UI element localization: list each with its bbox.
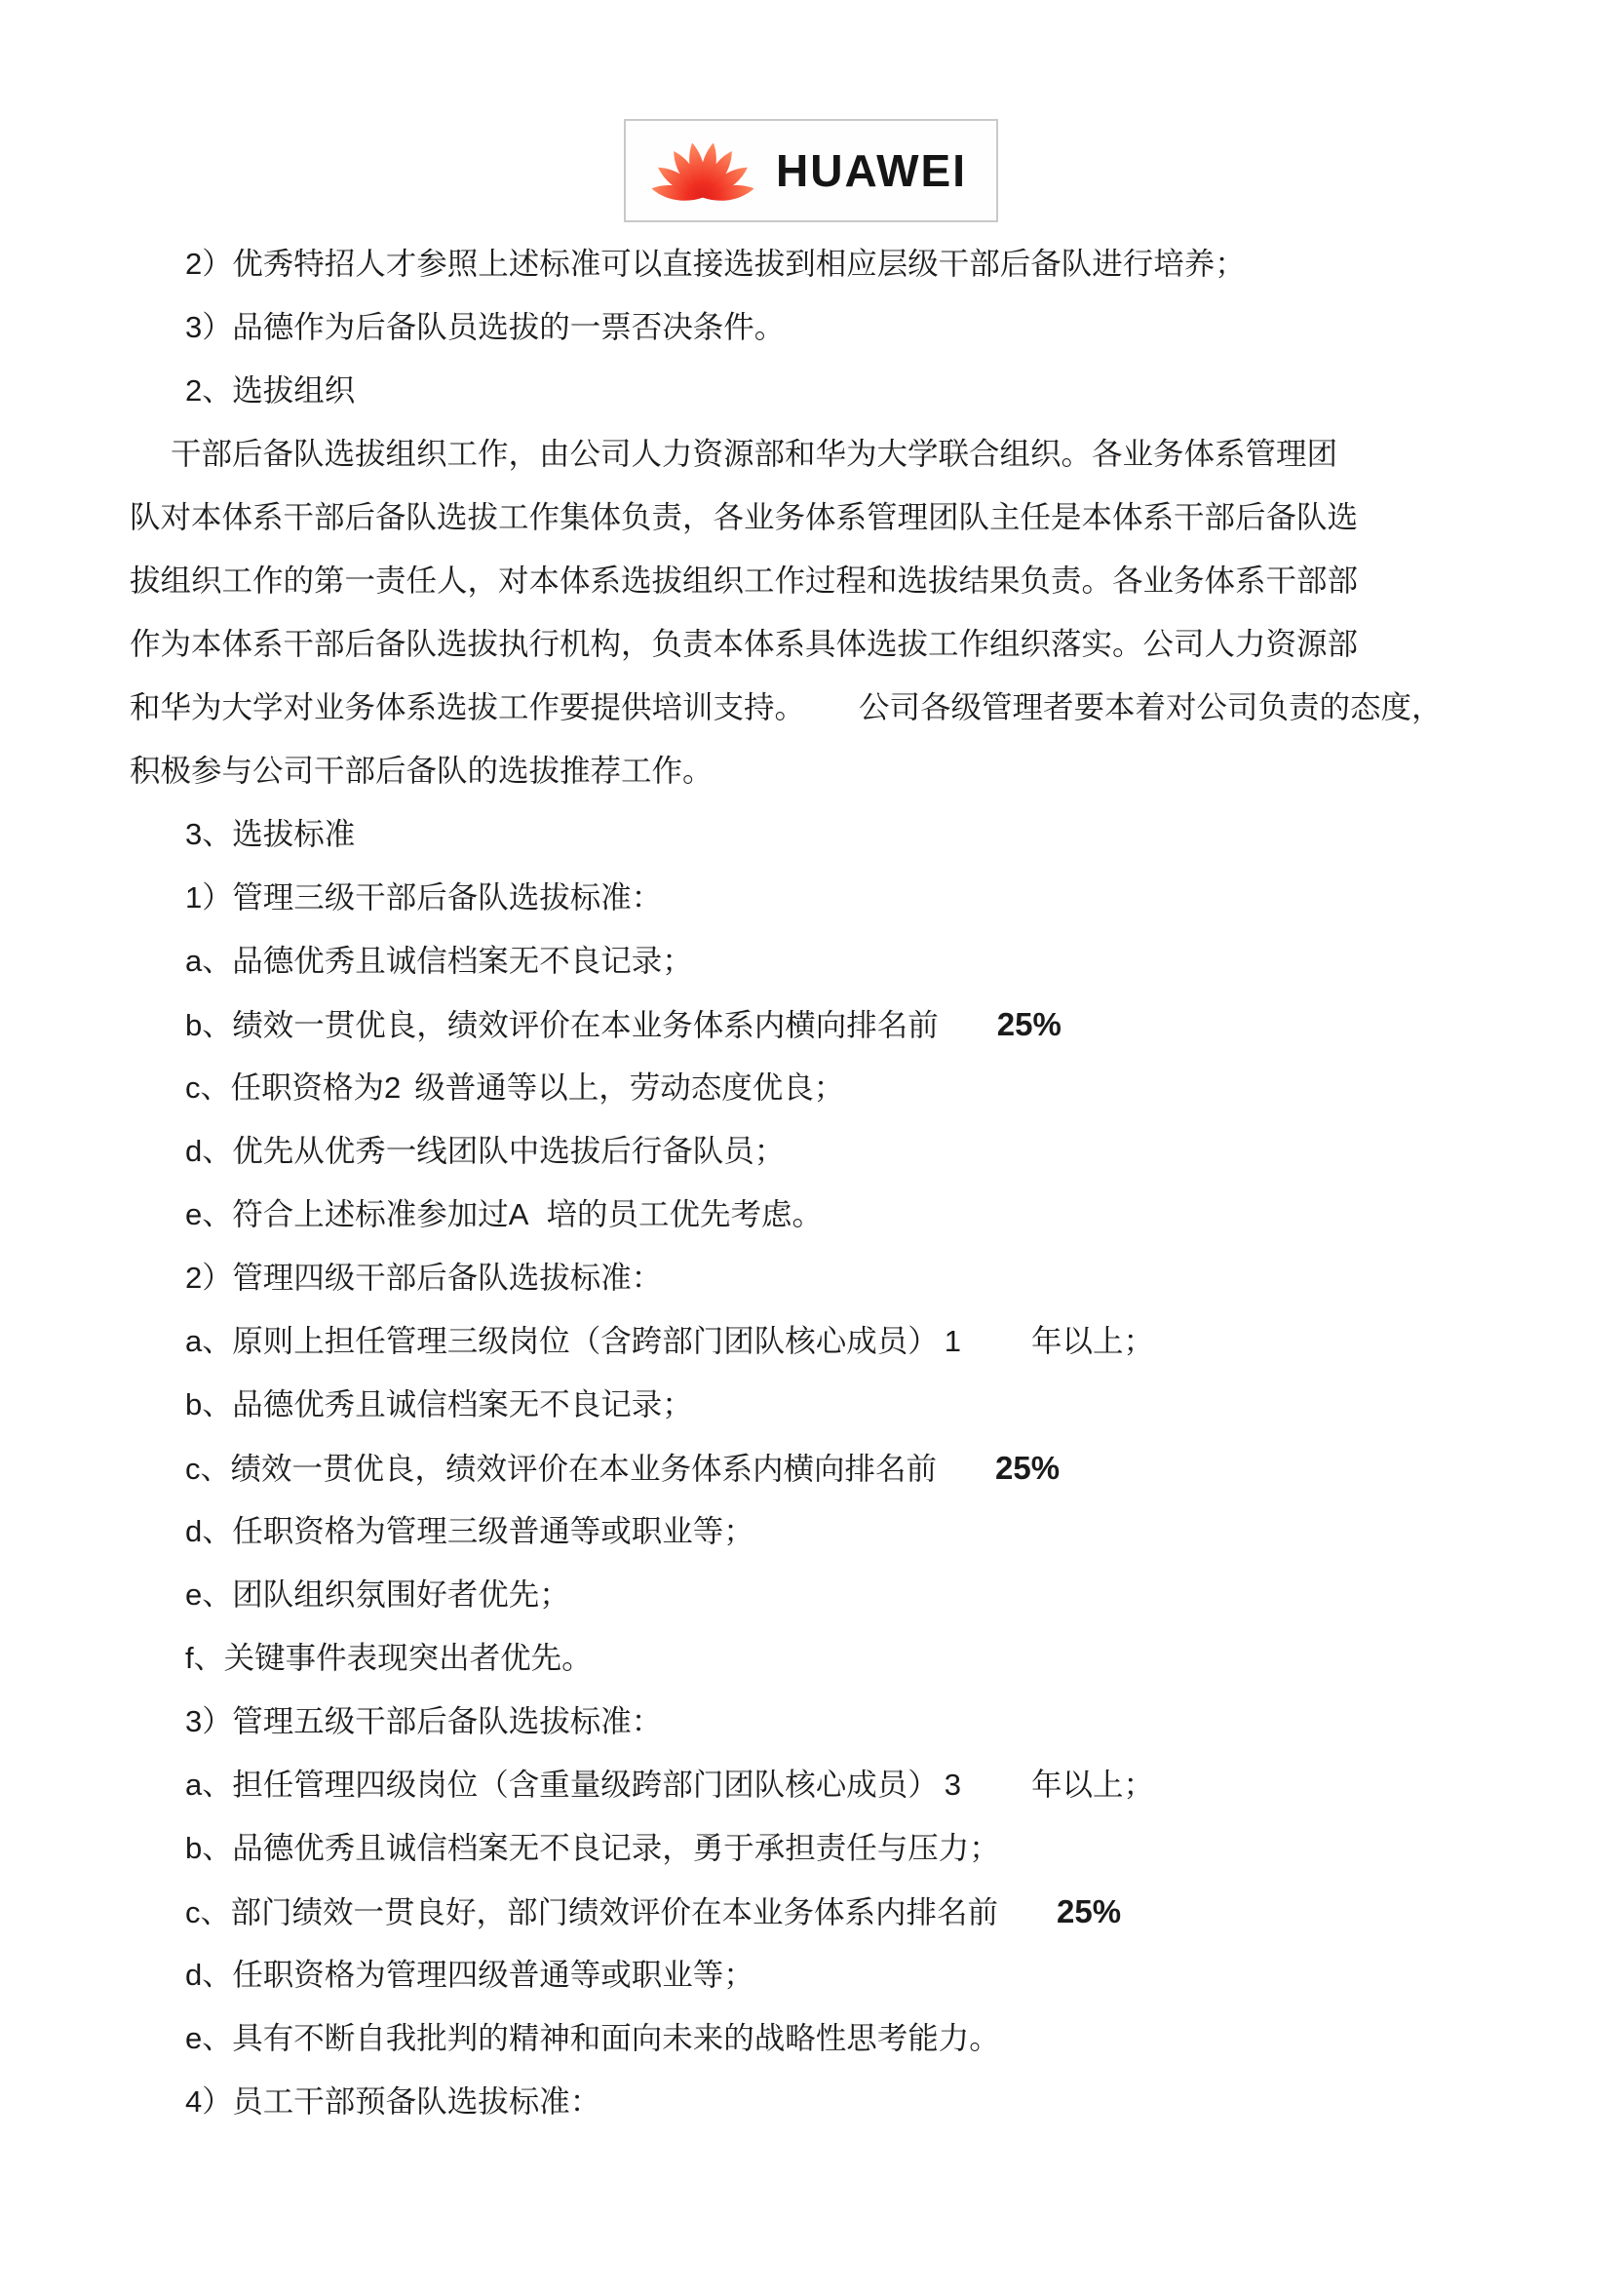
- doc-text: 部门绩效一贯良好，部门绩效评价在本业务体系内排名前: [231, 1895, 999, 1929]
- doc-line: c、部门绩效一贯良好，部门绩效评价在本业务体系内排名前25%: [130, 1880, 1583, 1943]
- list-marker: e、: [185, 1577, 232, 1612]
- doc-line: 2）优秀特招人才参照上述标准可以直接选拔到相应层级干部后备队进行培养；: [130, 232, 1583, 295]
- doc-text: 2: [384, 1070, 401, 1105]
- doc-line: 积极参与公司干部后备队的选拔推荐工作。: [130, 739, 1583, 802]
- doc-text: 队对本体系干部后备队选拔工作集体负责，各业务体系管理团队主任是本体系干部后备队选: [130, 500, 1358, 534]
- doc-line: b、品德优秀且诚信档案无不良记录，勇于承担责任与压力；: [130, 1816, 1583, 1880]
- doc-line: 2）管理四级干部后备队选拔标准：: [130, 1246, 1583, 1309]
- doc-text: 25%: [1057, 1893, 1121, 1929]
- list-marker: a、: [185, 1324, 232, 1358]
- doc-line: f、关键事件表现突出者优先。: [130, 1626, 1583, 1690]
- doc-text: 培的员工优先考虑。: [546, 1197, 823, 1231]
- doc-line: 3）管理五级干部后备队选拔标准：: [130, 1690, 1583, 1753]
- doc-text: 团队组织氛围好者优先；: [232, 1577, 570, 1612]
- huawei-logo: HUAWEI: [624, 119, 998, 222]
- list-marker: e、: [185, 2021, 232, 2055]
- doc-text: 具有不断自我批判的精神和面向未来的战略性思考能力。: [232, 2021, 1000, 2055]
- doc-text: 员工干部预备队选拔标准：: [232, 2084, 600, 2119]
- doc-text: 品德优秀且诚信档案无不良记录；: [232, 1387, 693, 1421]
- doc-text: 绩效一贯优良，绩效评价在本业务体系内横向排名前: [231, 1452, 938, 1486]
- doc-line: d、优先从优秀一线团队中选拔后行备队员；: [130, 1119, 1583, 1183]
- doc-text: 管理三级干部后备队选拔标准：: [232, 880, 662, 915]
- doc-text: 管理五级干部后备队选拔标准：: [232, 1704, 662, 1738]
- doc-line: 4）员工干部预备队选拔标准：: [130, 2070, 1583, 2133]
- doc-line: 队对本体系干部后备队选拔工作集体负责，各业务体系管理团队主任是本体系干部后备队选: [130, 486, 1583, 549]
- doc-text: 选拔组织: [232, 373, 355, 408]
- list-marker: a、: [185, 1768, 232, 1802]
- list-marker: c、: [185, 1895, 231, 1929]
- doc-line: 干部后备队选拔组织工作，由公司人力资源部和华为大学联合组织。各业务体系管理团: [130, 422, 1583, 486]
- list-marker: 3）: [185, 310, 232, 344]
- doc-text: 任职资格为管理三级普通等或职业等；: [232, 1514, 754, 1548]
- list-marker: d、: [185, 1958, 232, 1992]
- doc-line: a、品德优秀且诚信档案无不良记录；: [130, 929, 1583, 992]
- doc-text: 关键事件表现突出者优先。: [224, 1641, 593, 1675]
- doc-text: 品德作为后备队员选拔的一票否决条件。: [232, 310, 785, 344]
- doc-line: 3、选拔标准: [130, 802, 1583, 866]
- doc-text: 作为本体系干部后备队选拔执行机构，负责本体系具体选拔工作组织落实。公司人力资源部: [130, 627, 1358, 661]
- doc-line: a、担任管理四级岗位（含重量级跨部门团队核心成员）3年以上；: [130, 1753, 1583, 1816]
- list-marker: 2、: [185, 373, 232, 408]
- huawei-flower-icon: [643, 131, 762, 211]
- doc-text: 年以上；: [1031, 1768, 1154, 1802]
- doc-text: 任职资格为管理四级普通等或职业等；: [232, 1958, 754, 1992]
- doc-text: 25%: [995, 1450, 1060, 1486]
- list-marker: e、: [185, 1197, 232, 1231]
- doc-line: 1）管理三级干部后备队选拔标准：: [130, 866, 1583, 929]
- doc-line: b、绩效一贯优良，绩效评价在本业务体系内横向排名前25%: [130, 992, 1583, 1056]
- doc-text: 担任管理四级岗位（含重量级跨部门团队核心成员）: [232, 1768, 939, 1802]
- doc-line: 和华为大学对业务体系选拔工作要提供培训支持。公司各级管理者要本着对公司负责的态度…: [130, 676, 1583, 739]
- list-marker: 2）: [185, 1261, 232, 1295]
- doc-line: e、符合上述标准参加过A培的员工优先考虑。: [130, 1183, 1583, 1246]
- doc-text: 拔组织工作的第一责任人，对本体系选拔组织工作过程和选拔结果负责。各业务体系干部部: [130, 564, 1358, 598]
- list-marker: d、: [185, 1134, 232, 1168]
- list-marker: f、: [185, 1641, 224, 1675]
- list-marker: 1）: [185, 880, 232, 915]
- doc-text: A: [509, 1197, 529, 1231]
- doc-text: 优秀特招人才参照上述标准可以直接选拔到相应层级干部后备队进行培养；: [232, 247, 1246, 281]
- list-marker: c、: [185, 1070, 231, 1105]
- doc-text: 原则上担任管理三级岗位（含跨部门团队核心成员）: [232, 1324, 939, 1358]
- doc-text: 3: [945, 1768, 961, 1802]
- doc-text: 任职资格为: [231, 1070, 385, 1105]
- document-body: 2）优秀特招人才参照上述标准可以直接选拔到相应层级干部后备队进行培养；3）品德作…: [0, 232, 1622, 2133]
- doc-text: 优先从优秀一线团队中选拔后行备队员；: [232, 1134, 785, 1168]
- doc-line: e、具有不断自我批判的精神和面向未来的战略性思考能力。: [130, 2006, 1583, 2070]
- doc-text: 25%: [997, 1006, 1062, 1042]
- doc-line: d、任职资格为管理三级普通等或职业等；: [130, 1499, 1583, 1563]
- doc-text: 公司各级管理者要本着对公司负责的态度，: [859, 690, 1443, 724]
- doc-text: 品德优秀且诚信档案无不良记录，勇于承担责任与压力；: [232, 1831, 1000, 1865]
- doc-text: 品德优秀且诚信档案无不良记录；: [232, 944, 693, 978]
- doc-line: c、任职资格为2级普通等以上，劳动态度优良；: [130, 1056, 1583, 1119]
- doc-line: 2、选拔组织: [130, 359, 1583, 422]
- list-marker: d、: [185, 1514, 232, 1548]
- doc-line: e、团队组织氛围好者优先；: [130, 1563, 1583, 1626]
- list-marker: b、: [185, 1831, 232, 1865]
- doc-line: 作为本体系干部后备队选拔执行机构，负责本体系具体选拔工作组织落实。公司人力资源部: [130, 612, 1583, 676]
- list-marker: 2）: [185, 247, 232, 281]
- list-marker: a、: [185, 944, 232, 978]
- doc-text: 绩效一贯优良，绩效评价在本业务体系内横向排名前: [232, 1008, 939, 1042]
- doc-line: a、原则上担任管理三级岗位（含跨部门团队核心成员）1年以上；: [130, 1309, 1583, 1373]
- doc-text: 管理四级干部后备队选拔标准：: [232, 1261, 662, 1295]
- list-marker: b、: [185, 1008, 232, 1042]
- list-marker: c、: [185, 1452, 231, 1486]
- doc-text: 干部后备队选拔组织工作，由公司人力资源部和华为大学联合组织。各业务体系管理团: [171, 437, 1337, 471]
- list-marker: 4）: [185, 2084, 232, 2119]
- doc-text: 积极参与公司干部后备队的选拔推荐工作。: [130, 754, 714, 788]
- doc-text: 和华为大学对业务体系选拔工作要提供培训支持。: [130, 690, 805, 724]
- list-marker: 3、: [185, 817, 232, 851]
- doc-line: 3）品德作为后备队员选拔的一票否决条件。: [130, 295, 1583, 359]
- doc-text: 级普通等以上，劳动态度优良；: [414, 1070, 844, 1105]
- doc-text: 年以上；: [1031, 1324, 1154, 1358]
- doc-line: d、任职资格为管理四级普通等或职业等；: [130, 1943, 1583, 2006]
- doc-line: 拔组织工作的第一责任人，对本体系选拔组织工作过程和选拔结果负责。各业务体系干部部: [130, 549, 1583, 612]
- doc-line: c、绩效一贯优良，绩效评价在本业务体系内横向排名前25%: [130, 1436, 1583, 1499]
- list-marker: b、: [185, 1387, 232, 1421]
- doc-line: b、品德优秀且诚信档案无不良记录；: [130, 1373, 1583, 1436]
- doc-text: 符合上述标准参加过: [232, 1197, 509, 1231]
- huawei-brand-text: HUAWEI: [776, 144, 967, 197]
- doc-text: 1: [945, 1324, 961, 1358]
- doc-text: 选拔标准: [232, 817, 355, 851]
- list-marker: 3）: [185, 1704, 232, 1738]
